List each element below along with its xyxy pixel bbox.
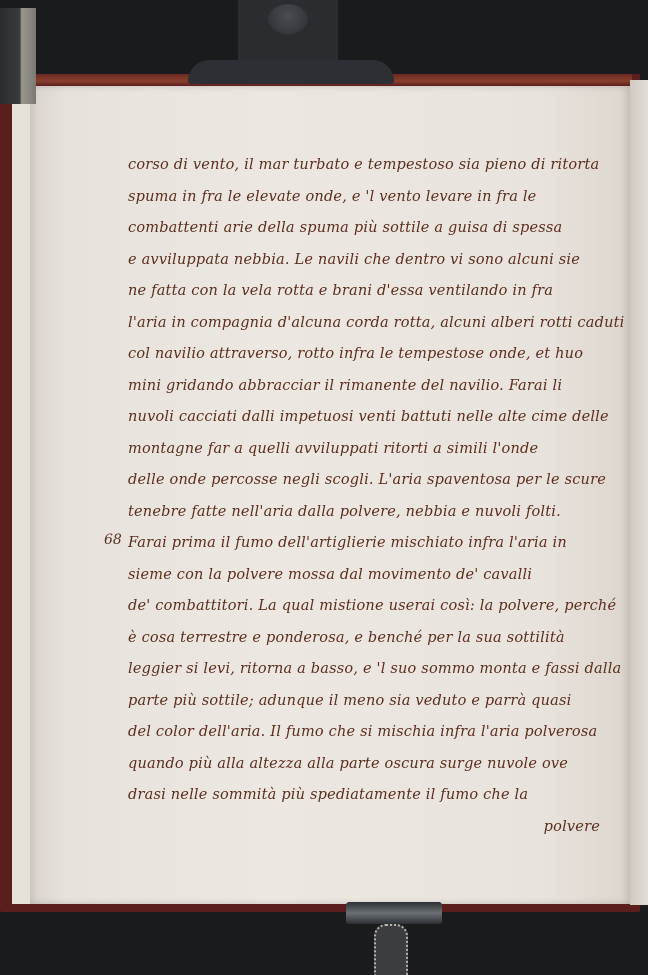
text-line: tenebre fatte nell'aria dalla polvere, n… <box>128 497 628 529</box>
text-line: del color dell'aria. Il fumo che si misc… <box>128 717 628 749</box>
text-line: ne fatta con la vela rotta e brani d'ess… <box>128 276 628 308</box>
text-line: nuvoli cacciati dalli impetuosi venti ba… <box>128 402 628 434</box>
text-line: mini gridando abbracciar il rimanente de… <box>128 371 628 403</box>
text-line: combattenti arie della spuma più sottile… <box>128 213 628 245</box>
clip-knob <box>268 4 308 34</box>
text-line: sieme con la polvere mossa dal movimento… <box>128 560 628 592</box>
text-line: delle onde percosse negli scogli. L'aria… <box>128 465 628 497</box>
text-line: parte più sottile; adunque il meno sia v… <box>128 686 628 718</box>
top-book-clip <box>188 0 394 84</box>
bleed-through-text <box>40 150 110 240</box>
text-line: e avviluppata nebbia. Le navili che dent… <box>128 245 628 277</box>
manuscript-text: corso di vento, il mar turbato e tempest… <box>128 150 628 843</box>
text-line: corso di vento, il mar turbato e tempest… <box>128 150 628 182</box>
text-line: drasi nelle sommità più spediatamente il… <box>128 780 628 812</box>
text-line: Farai prima il fumo dell'artiglierie mis… <box>128 528 628 560</box>
text-line: quando più alla altezza alla parte oscur… <box>128 749 628 781</box>
text-line: montagne far a quelli avviluppati ritort… <box>128 434 628 466</box>
text-line: col navilio attraverso, rotto infra le t… <box>128 339 628 371</box>
bottom-book-clip <box>346 902 442 975</box>
left-book-clip <box>0 8 36 104</box>
text-line: de' combattitori. La qual mistione usera… <box>128 591 628 623</box>
text-line: è cosa terrestre e ponderosa, e benché p… <box>128 623 628 655</box>
text-line: leggier si levi, ritorna a basso, e 'l s… <box>128 654 628 686</box>
facing-page-edge <box>630 80 648 905</box>
catchword: polvere <box>128 812 628 844</box>
margin-number: 68 <box>104 532 122 548</box>
clip-chain-handle <box>374 924 408 975</box>
text-line: l'aria in compagnia d'alcuna corda rotta… <box>128 308 628 340</box>
text-line: spuma in fra le elevate onde, e 'l vento… <box>128 182 628 214</box>
clip-base <box>188 60 394 84</box>
clip-bar <box>346 902 442 924</box>
